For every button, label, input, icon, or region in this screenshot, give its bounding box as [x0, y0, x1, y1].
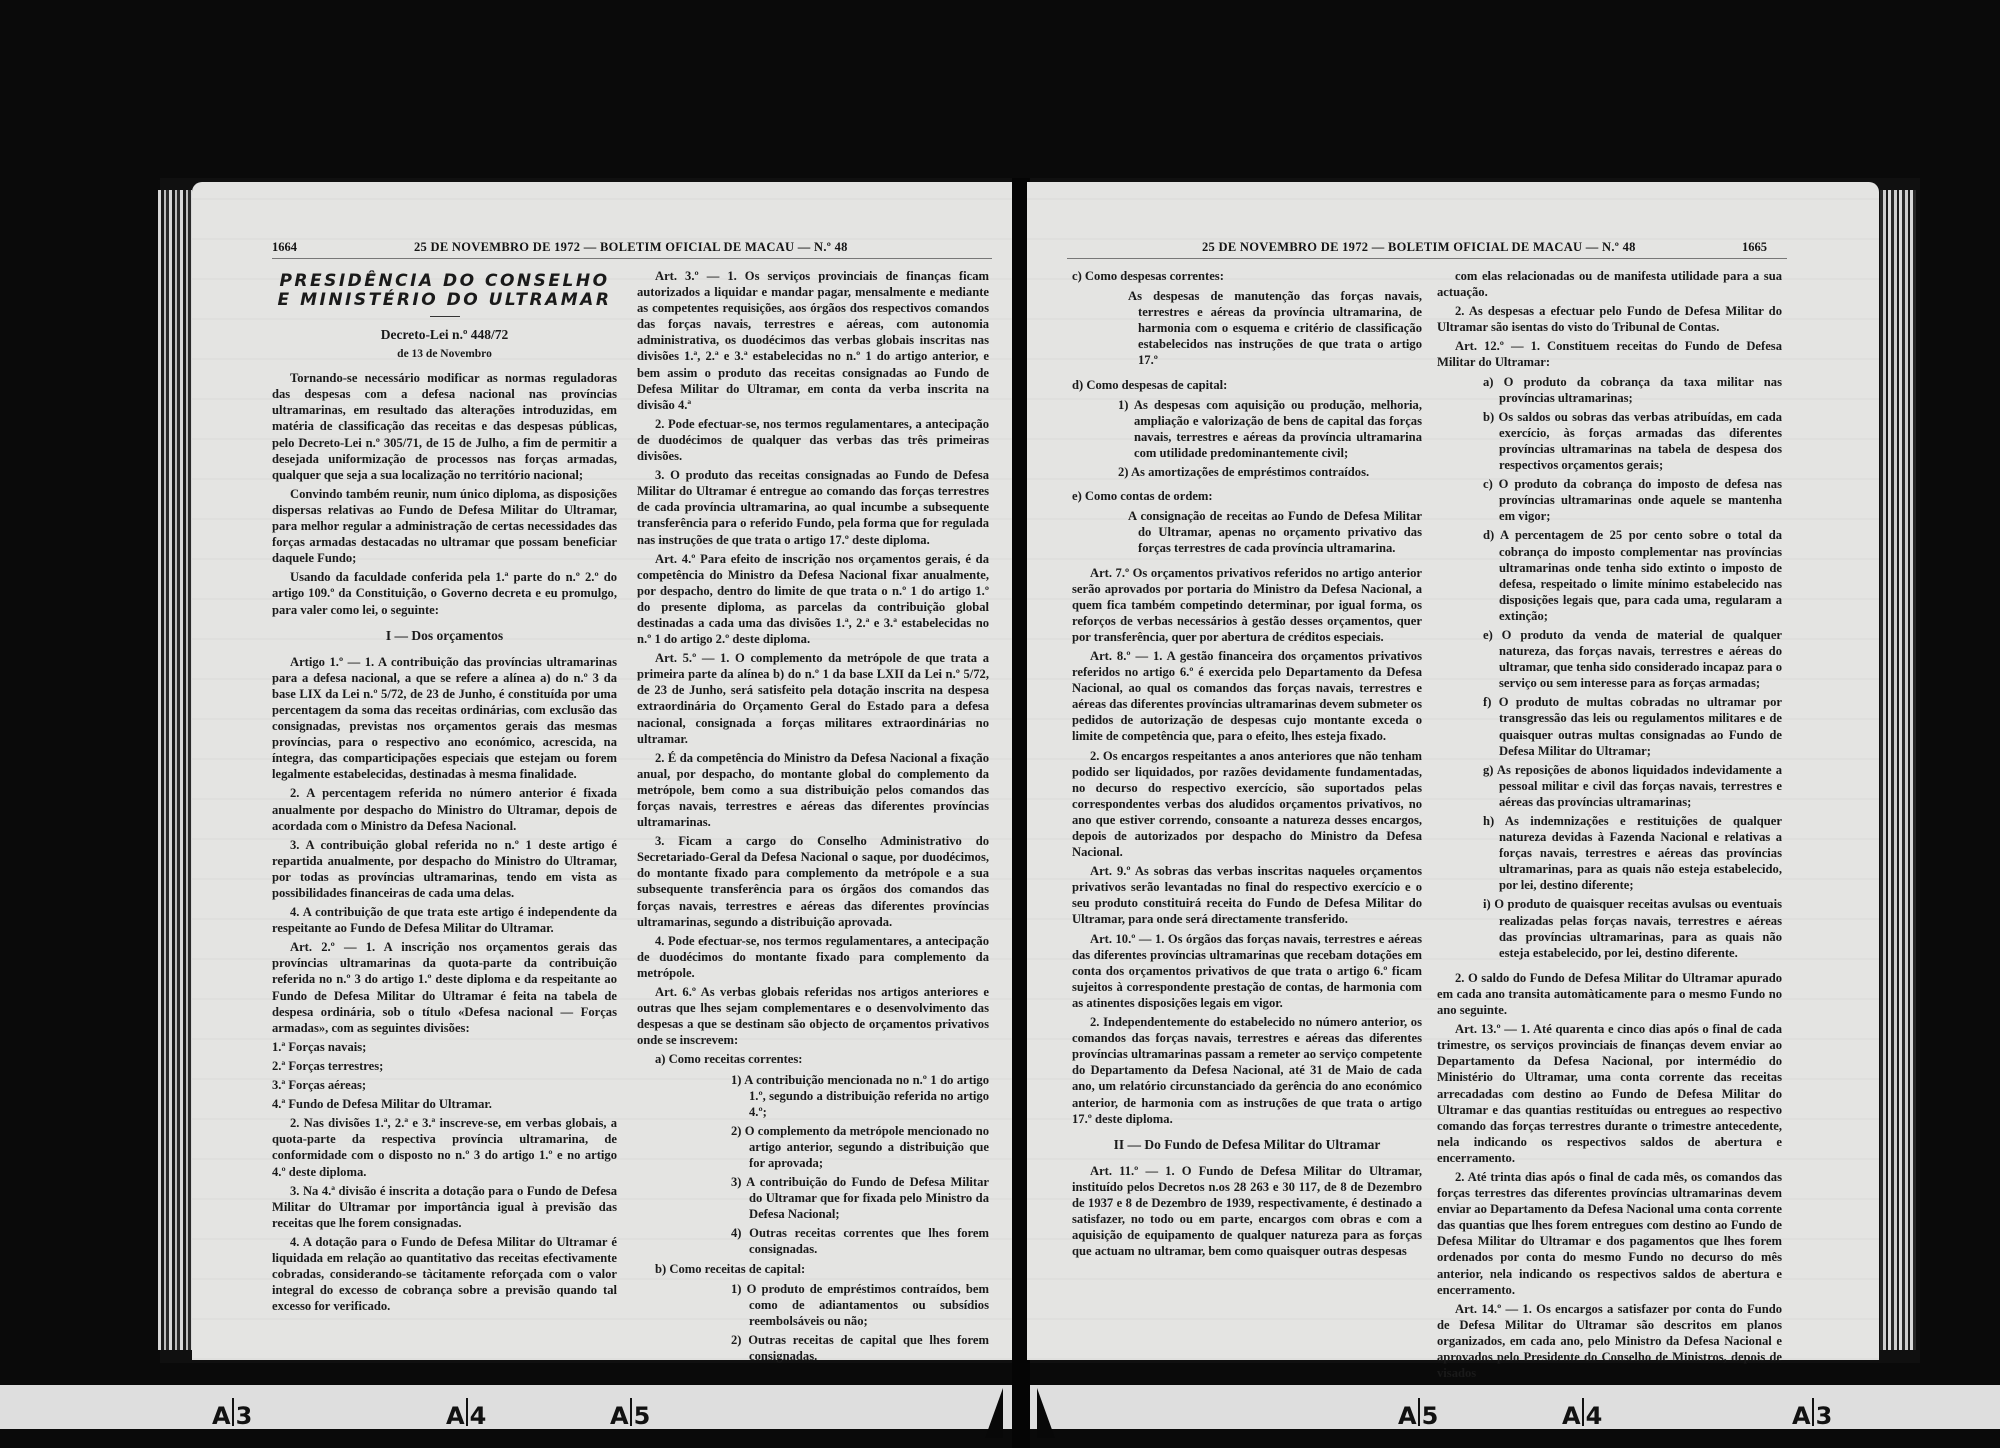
right-page-column-1: c) Como despesas correntes: As despesas …: [1072, 268, 1422, 1262]
paragraph: b) Os saldos ou sobras das verbas atribu…: [1437, 409, 1782, 473]
left-page-number: 1664: [272, 240, 297, 255]
articles-12-to-14: 2. O saldo do Fundo de Defesa Militar do…: [1437, 970, 1782, 1381]
decree-number: Decreto-Lei n.º 448/72: [272, 327, 617, 343]
left-page-column-1: PRESIDÊNCIA DO CONSELHO E MINISTÉRIO DO …: [272, 268, 617, 1317]
frame-marker-a3-left: A3: [212, 1398, 251, 1430]
left-running-head: 25 DE NOVEMBRO DE 1972 — BOLETIM OFICIAL…: [414, 240, 848, 255]
article-12-revenue-items: a) O produto da cobrança da taxa militar…: [1437, 374, 1782, 961]
section-title-fund: II — Do Fundo de Defesa Militar do Ultra…: [1072, 1137, 1422, 1153]
paragraph: 1) As despesas com aquisição ou produção…: [1072, 397, 1422, 461]
paragraph: 4.ª Fundo de Defesa Militar do Ultramar.: [272, 1096, 617, 1112]
header-rule: [1067, 258, 1787, 259]
paragraph: Usando da faculdade conferida pela 1.ª p…: [272, 569, 617, 617]
paragraph: 3. O produto das receitas consignadas ao…: [637, 467, 989, 547]
paragraph: 2) Outras receitas de capital que lhes f…: [637, 1332, 989, 1364]
paragraph: Artigo 1.º — 1. A contribuição das proví…: [272, 654, 617, 783]
spine-clip-left: [985, 1388, 1003, 1438]
left-page-column-2: Art. 3.º — 1. Os serviços provinciais de…: [637, 268, 989, 1367]
paragraph: Art. 5.º — 1. O complemento da metrópole…: [637, 650, 989, 747]
article-2-paragraphs: 2. Nas divisões 1.ª, 2.ª e 3.ª inscreve-…: [272, 1115, 617, 1314]
paragraph: Art. 14.º — 1. Os encargos a satisfazer …: [1437, 1301, 1782, 1381]
paragraph: 2. Até trinta dias após o final de cada …: [1437, 1169, 1782, 1298]
paragraph: 2. Nas divisões 1.ª, 2.ª e 3.ª inscreve-…: [272, 1115, 617, 1179]
decree-date: de 13 de Novembro: [272, 346, 617, 362]
paragraph: 2. O saldo do Fundo de Defesa Militar do…: [1437, 970, 1782, 1018]
alinea-c-text: As despesas de manutenção das forças nav…: [1072, 288, 1422, 368]
paragraph: Art. 13.º — 1. Até quarenta e cinco dias…: [1437, 1021, 1782, 1166]
paragraph: g) As reposições de abonos liquidados in…: [1437, 762, 1782, 810]
frame-marker-a5-left: A5: [610, 1398, 649, 1430]
paragraph: d) A percentagem de 25 por cento sobre o…: [1437, 527, 1782, 624]
paragraph: 4) Outras receitas correntes que lhes fo…: [637, 1225, 989, 1257]
paragraph: com elas relacionadas ou de manifesta ut…: [1437, 268, 1782, 300]
paragraph: 3. A contribuição global referida no n.º…: [272, 837, 617, 901]
paragraph: 2. Independentemente do estabelecido no …: [1072, 1014, 1422, 1127]
paragraph: a) O produto da cobrança da taxa militar…: [1437, 374, 1782, 406]
left-page: 1664 25 DE NOVEMBRO DE 1972 — BOLETIM OF…: [192, 182, 1014, 1360]
ministry-title-line-2: E MINISTÉRIO DO ULTRAMAR: [272, 291, 617, 310]
right-page-column-2: com elas relacionadas ou de manifesta ut…: [1437, 268, 1782, 1384]
paragraph: 1) O produto de empréstimos contraídos, …: [637, 1281, 989, 1329]
frame-marker-a3-right: A3: [1792, 1398, 1831, 1430]
article-1: Artigo 1.º — 1. A contribuição das proví…: [272, 654, 617, 937]
paragraph: 2. A percentagem referida no número ante…: [272, 785, 617, 833]
paragraph: 2. As despesas a efectuar pelo Fundo de …: [1437, 303, 1782, 335]
paragraph: Art. 12.º — 1. Constituem receitas do Fu…: [1437, 338, 1782, 370]
alinea-b-items: 1) O produto de empréstimos contraídos, …: [637, 1281, 989, 1364]
frame-marker-a4-right: A4: [1562, 1398, 1601, 1430]
alinea-e-text: A consignação de receitas ao Fundo de De…: [1072, 508, 1422, 556]
ministry-title-line-1: PRESIDÊNCIA DO CONSELHO: [272, 272, 617, 291]
alinea-c-heading: c) Como despesas correntes:: [1072, 268, 1422, 284]
alinea-e-heading: e) Como contas de ordem:: [1072, 488, 1422, 504]
paragraph: e) O produto da venda de material de qua…: [1437, 627, 1782, 691]
paragraph: 2. É da competência do Ministro da Defes…: [637, 750, 989, 830]
paragraph: Art. 7.º Os orçamentos privativos referi…: [1072, 565, 1422, 645]
paragraph: 2) As amortizações de empréstimos contra…: [1072, 464, 1422, 480]
article-2-divisions: 1.ª Forças navais;2.ª Forças terrestres;…: [272, 1039, 617, 1112]
articles-3-to-6: Art. 3.º — 1. Os serviços provinciais de…: [637, 268, 989, 1048]
article-2-intro: Art. 2.º — 1. A inscrição nos orçamentos…: [272, 939, 617, 1036]
right-running-head: 25 DE NOVEMBRO DE 1972 — BOLETIM OFICIAL…: [1202, 240, 1636, 255]
book-spine-shadow: [1012, 1360, 1030, 1448]
paragraph: 2. Pode efectuar-se, nos termos regulame…: [637, 416, 989, 464]
paragraph: f) O produto de multas cobradas no ultra…: [1437, 694, 1782, 758]
paragraph: 3. Ficam a cargo do Conselho Administrat…: [637, 833, 989, 930]
paragraph: 2.ª Forças terrestres;: [272, 1058, 617, 1074]
section-title-budgets: I — Dos orçamentos: [272, 628, 617, 644]
articles-7-to-10: Art. 7.º Os orçamentos privativos referi…: [1072, 565, 1422, 1127]
paragraph: 4. A dotação para o Fundo de Defesa Mili…: [272, 1234, 617, 1314]
alinea-a-items: 1) A contribuição mencionada no n.º 1 do…: [637, 1072, 989, 1258]
ministry-title: PRESIDÊNCIA DO CONSELHO E MINISTÉRIO DO …: [272, 272, 617, 310]
right-page: 25 DE NOVEMBRO DE 1972 — BOLETIM OFICIAL…: [1027, 182, 1879, 1360]
paragraph: Tornando-se necessário modificar as norm…: [272, 370, 617, 483]
preamble: Tornando-se necessário modificar as norm…: [272, 370, 617, 617]
right-page-edges: [1880, 190, 1916, 1350]
article-11-cont-and-12: com elas relacionadas ou de manifesta ut…: [1437, 268, 1782, 371]
paragraph: Art. 8.º — 1. A gestão financeira dos or…: [1072, 648, 1422, 745]
alinea-b-heading: b) Como receitas de capital:: [637, 1261, 989, 1277]
paragraph: Art. 4.º Para efeito de inscrição nos or…: [637, 551, 989, 648]
paragraph: Art. 9.º As sobras das verbas inscritas …: [1072, 863, 1422, 927]
paragraph: 3. Na 4.ª divisão é inscrita a dotação p…: [272, 1183, 617, 1231]
paragraph: 4. A contribuição de que trata este arti…: [272, 904, 617, 936]
alinea-d-heading: d) Como despesas de capital:: [1072, 377, 1422, 393]
spine-clip-right: [1037, 1388, 1055, 1438]
paragraph: 2) O complemento da metrópole mencionado…: [637, 1123, 989, 1171]
paragraph: 3.ª Forças aéreas;: [272, 1077, 617, 1093]
paragraph: 1) A contribuição mencionada no n.º 1 do…: [637, 1072, 989, 1120]
header-rule: [272, 258, 992, 259]
paragraph: 4. Pode efectuar-se, nos termos regulame…: [637, 933, 989, 981]
left-page-edges: [158, 190, 192, 1350]
article-11: Art. 11.º — 1. O Fundo de Defesa Militar…: [1072, 1163, 1422, 1260]
right-page-number: 1665: [1742, 240, 1767, 255]
paragraph: i) O produto de quaisquer receitas avuls…: [1437, 896, 1782, 960]
paragraph: 2. Os encargos respeitantes a anos anter…: [1072, 748, 1422, 861]
alinea-a-heading: a) Como receitas correntes:: [637, 1051, 989, 1067]
paragraph: Art. 3.º — 1. Os serviços provinciais de…: [637, 268, 989, 413]
paragraph: Art. 10.º — 1. Os órgãos das forças nava…: [1072, 931, 1422, 1011]
frame-marker-a4-left: A4: [446, 1398, 485, 1430]
paragraph: Convindo também reunir, num único diplom…: [272, 486, 617, 566]
alinea-d-items: 1) As despesas com aquisição ou produção…: [1072, 397, 1422, 480]
paragraph: h) As indemnizações e restituições de qu…: [1437, 813, 1782, 893]
frame-marker-a5-right: A5: [1398, 1398, 1437, 1430]
paragraph: 1.ª Forças navais;: [272, 1039, 617, 1055]
paragraph: Art. 6.º As verbas globais referidas nos…: [637, 984, 989, 1048]
paragraph: c) O produto da cobrança do imposto de d…: [1437, 476, 1782, 524]
paragraph: 3) A contribuição do Fundo de Defesa Mil…: [637, 1174, 989, 1222]
title-divider: [430, 316, 460, 317]
